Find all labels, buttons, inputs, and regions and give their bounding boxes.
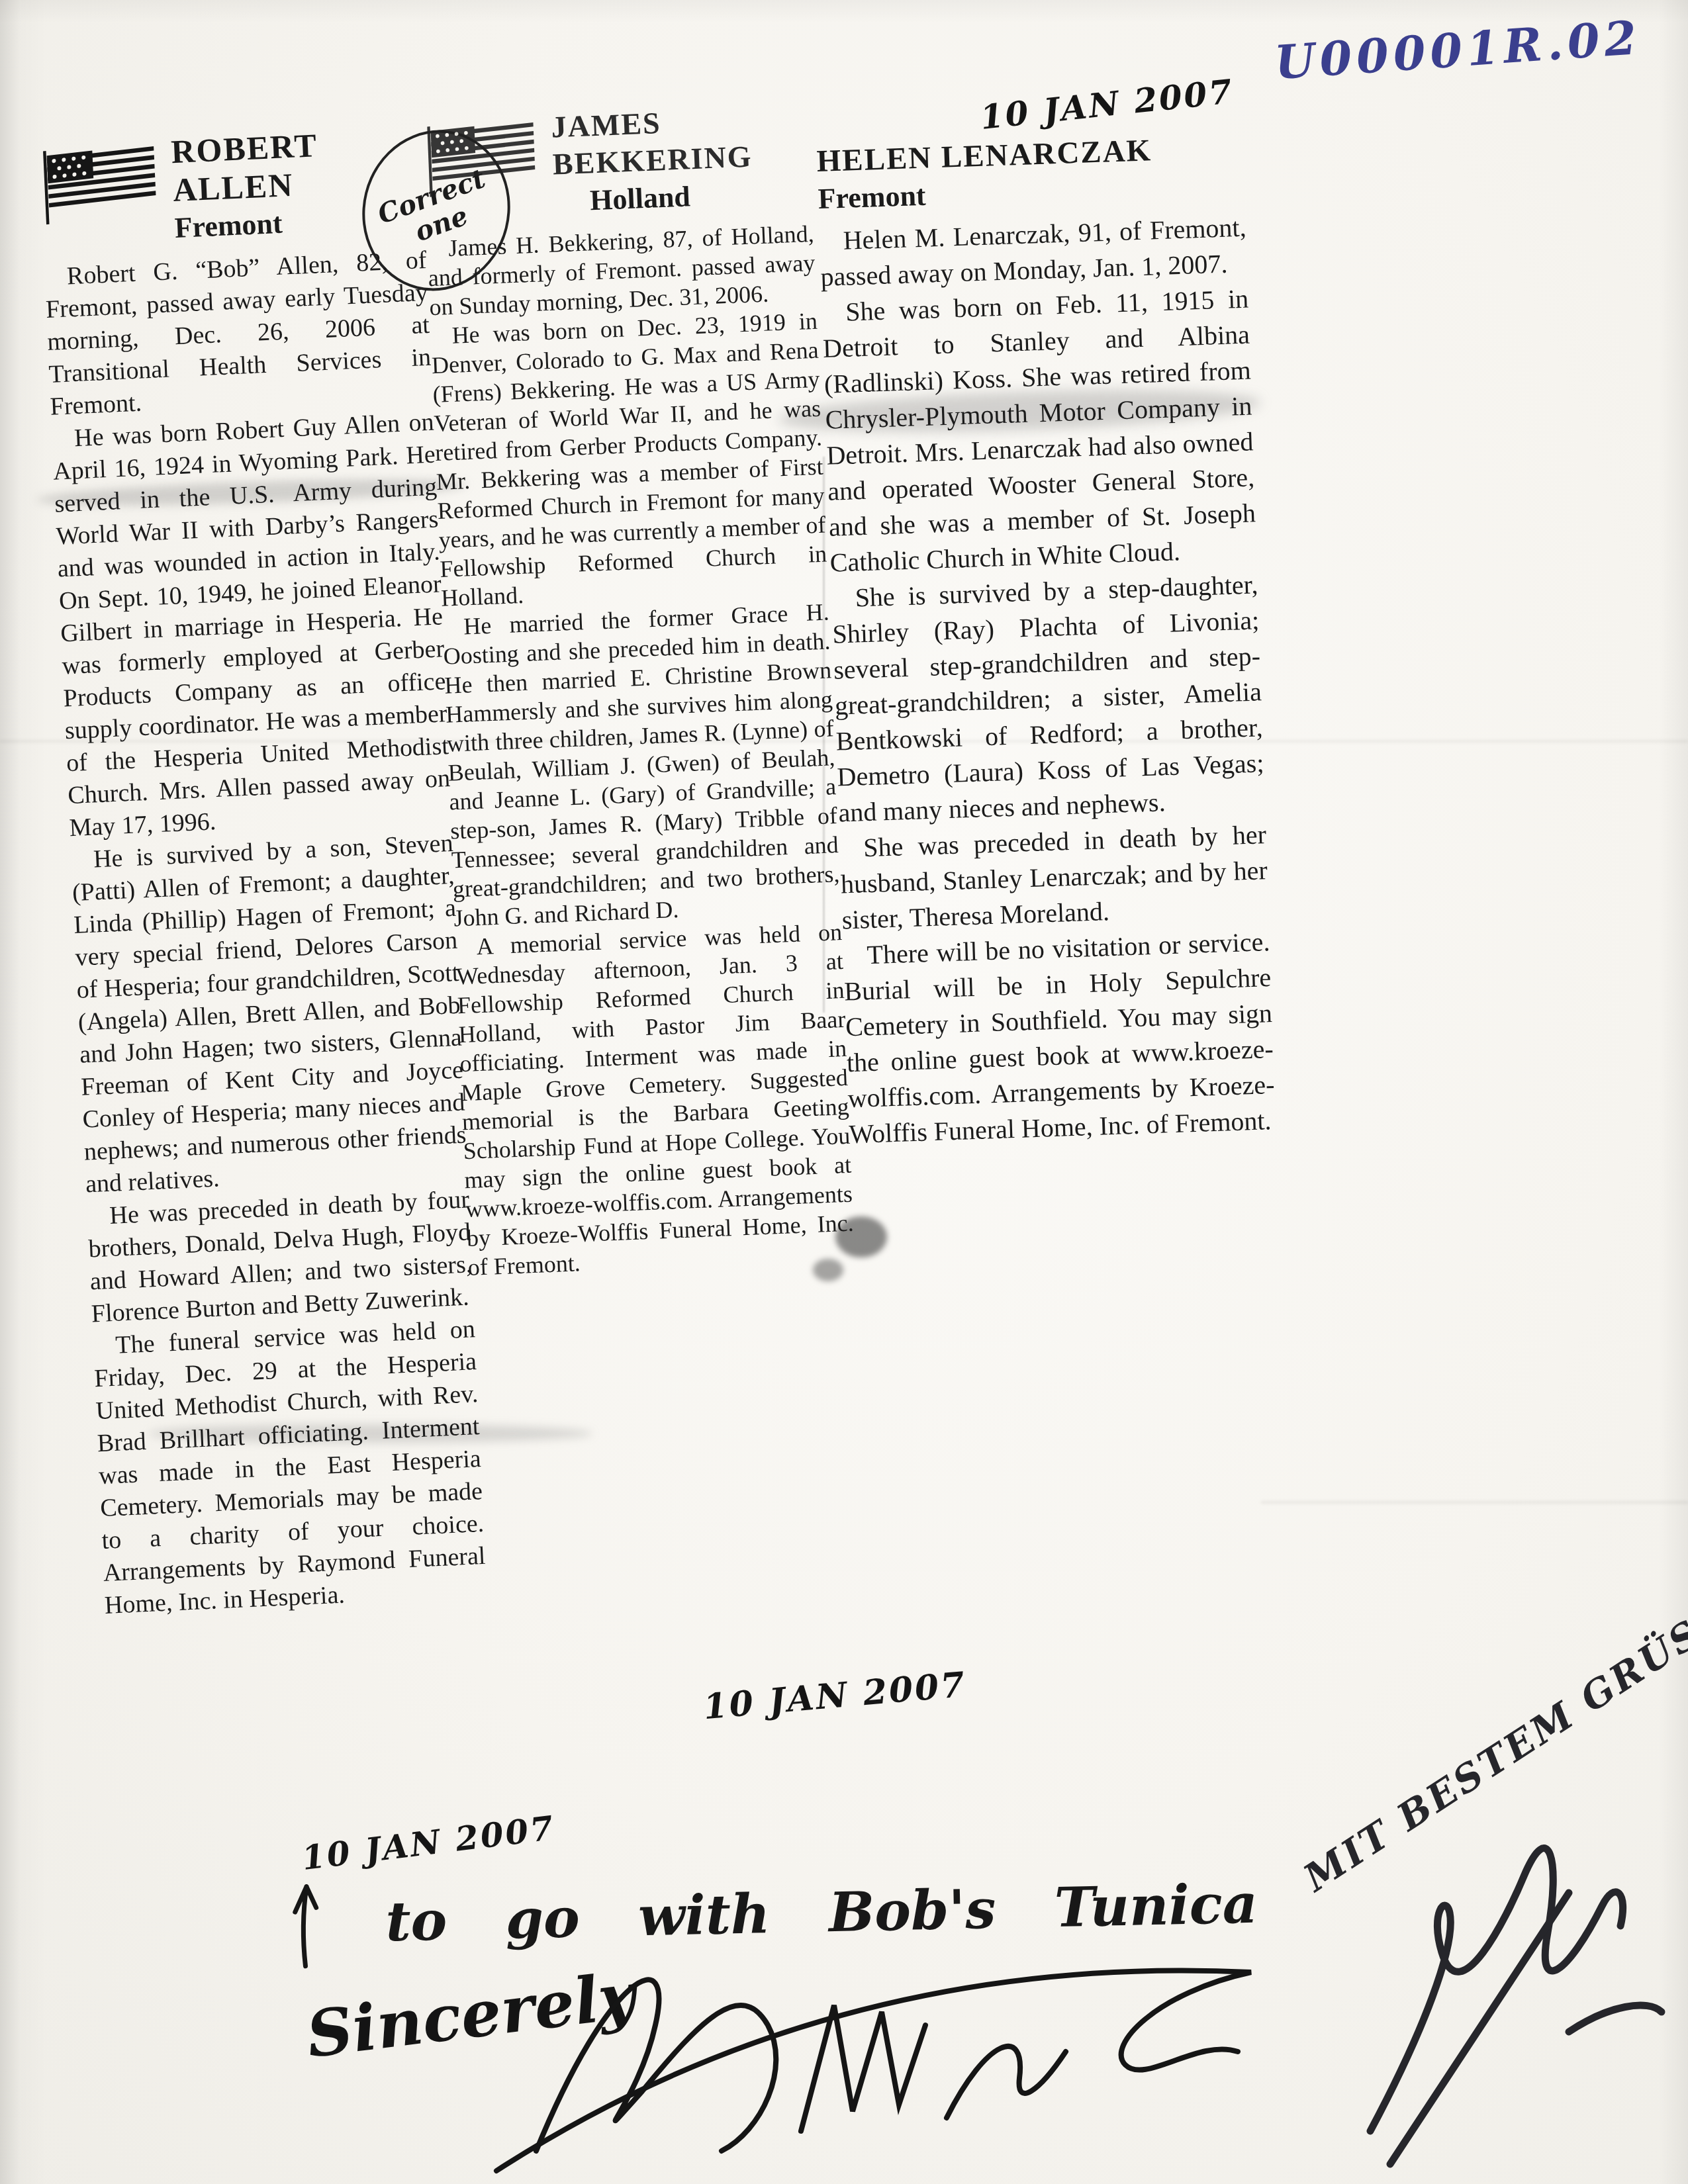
obituary-column-helen-lenarczak: HELEN LENARCZAK Fremont Helen M. Lenarcz… <box>816 129 1276 1153</box>
obituary-name-line: BEKKERING <box>552 138 753 183</box>
obituary-paragraph: He was born on Dec. 23, 1919 in Denver, … <box>430 306 828 613</box>
obituary-paragraph: James H. Bekkering, 87, of Holland, and … <box>426 219 817 322</box>
obituary-column-james-bekkering: JAMES BEKKERING Holland James H. Bekkeri… <box>422 99 855 1282</box>
signature-icon <box>457 1933 1291 2184</box>
obituary-paragraph: She was born on Feb. 11, 1915 in Detroit… <box>821 281 1258 581</box>
obituary-paragraph: Robert G. “Bob” Allen, 82, of Fremont, p… <box>44 244 434 424</box>
obituary-title: ROBERT ALLEN Fremont <box>170 126 322 246</box>
obituary-paragraph: He married the former Grace H. Oosting a… <box>442 597 841 933</box>
note-word: Tunica <box>1054 1872 1258 1940</box>
obituary-paragraph: She was preceded in death by her husband… <box>839 817 1269 938</box>
handwritten-date-stamp: 10 JAN 2007 <box>702 1664 968 1728</box>
obituary-header: ROBERT ALLEN Fremont <box>38 121 425 252</box>
obituary-paragraph: He was preceded in death by four brother… <box>86 1183 474 1330</box>
obituary-title: JAMES BEKKERING Holland <box>551 101 755 220</box>
obituary-header: HELEN LENARCZAK Fremont <box>816 129 1245 217</box>
note-word: to <box>385 1889 448 1954</box>
obituary-paragraph: There will be no visitation or service. … <box>843 924 1276 1152</box>
obituary-city: Holland <box>553 176 755 220</box>
obituary-name-line: ALLEN <box>172 164 320 209</box>
obituary-paragraph: She is survived by a step-daughter, Shir… <box>831 567 1266 831</box>
handwritten-date-stamp: 10 JAN 2007 <box>300 1808 557 1878</box>
obituary-paragraph: He is survived by a son, Steven (Patti) … <box>70 827 469 1201</box>
obituary-city: Fremont <box>174 204 322 246</box>
obituary-header: JAMES BEKKERING Holland <box>422 99 813 225</box>
obituary-paragraph: Helen M. Lenarczak, 91, of Fremont, pass… <box>819 210 1248 295</box>
paper-crease <box>1261 1501 1688 1504</box>
signature-icon <box>1350 1813 1681 2171</box>
us-flag-icon <box>38 133 161 227</box>
obituary-column-robert-allen: ROBERT ALLEN Fremont Robert G. “Bob” All… <box>38 121 487 1622</box>
up-arrow-icon <box>284 1877 328 1970</box>
us-flag-icon <box>422 109 541 199</box>
doc-number-annotation: U00001R.02 <box>1273 10 1643 90</box>
handwritten-date-stamp: 10 JAN 2007 <box>978 71 1236 137</box>
scanned-document-page: U00001R.02 10 JAN 2007 10 JAN 2007 10 JA… <box>0 0 1688 2184</box>
obituary-paragraph: He was born Robert Guy Allen on April 16… <box>51 406 452 845</box>
obituary-paragraph: The funeral service was held on Friday, … <box>92 1313 487 1622</box>
obituary-paragraph: A memorial service was held on Wednesday… <box>454 917 855 1282</box>
obituary-name-line: ROBERT <box>170 126 318 171</box>
